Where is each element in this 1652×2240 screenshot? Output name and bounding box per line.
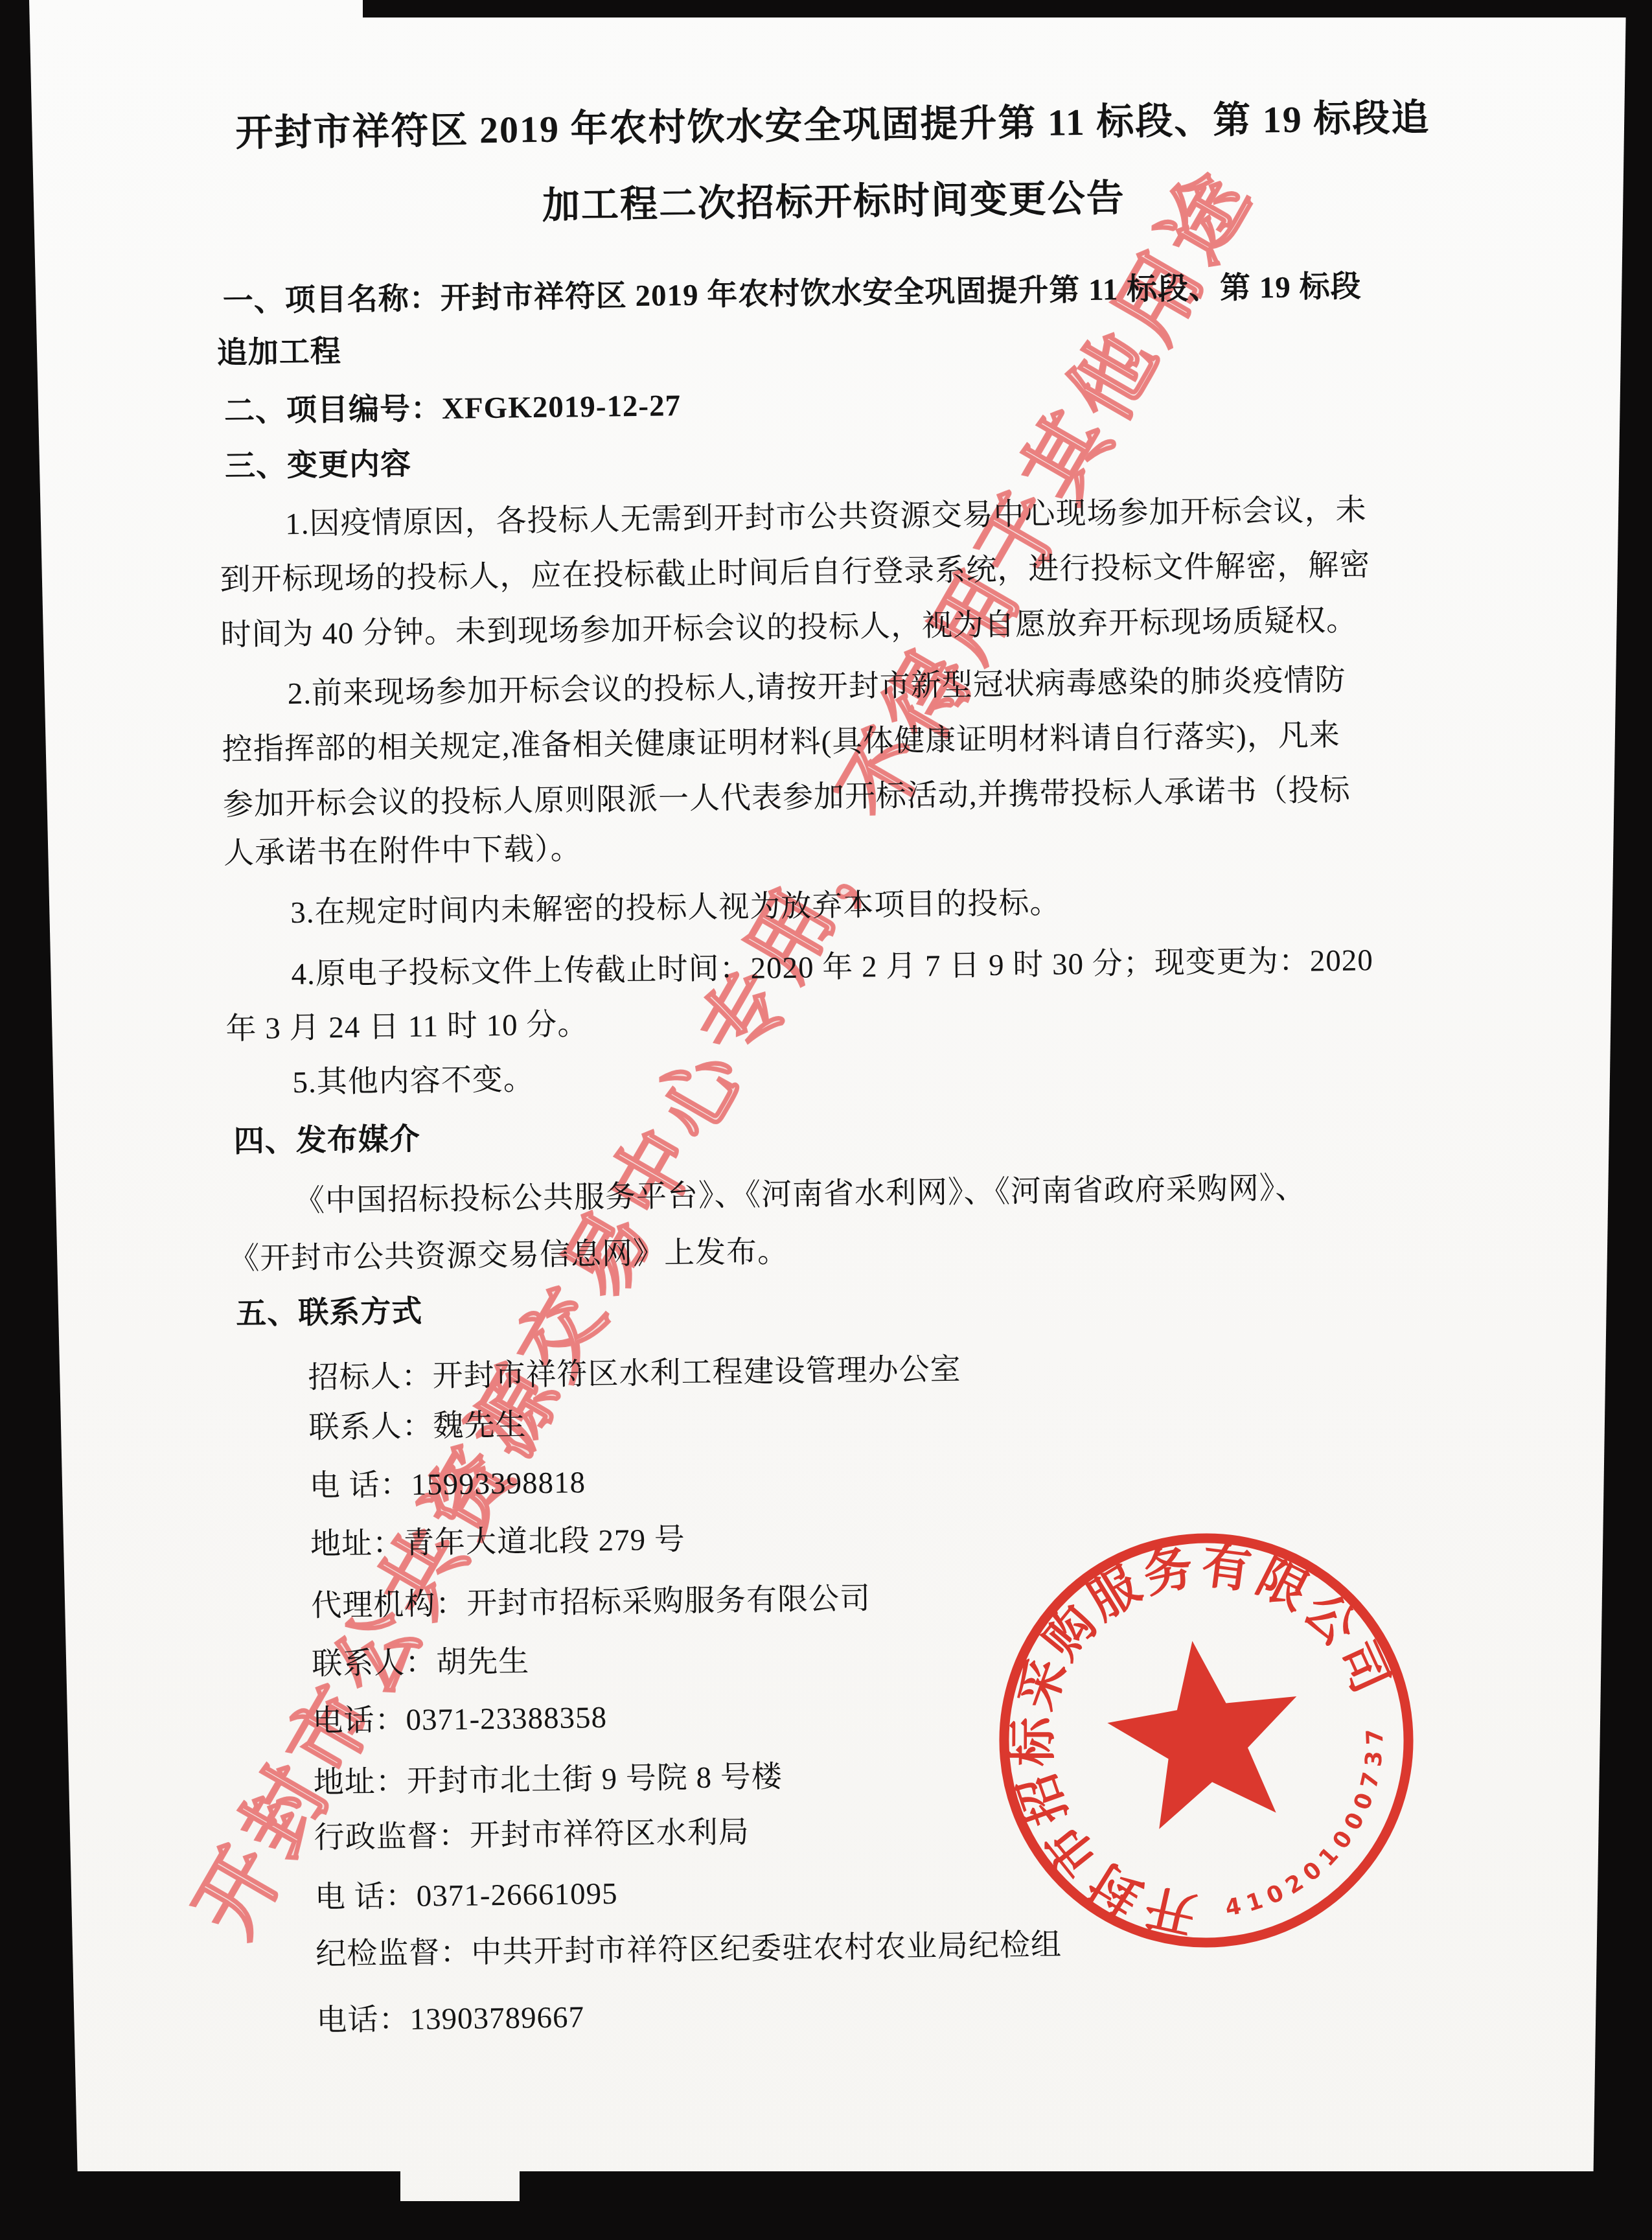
- doc-line: 二、项目编号：XFGK2019-12-27: [224, 381, 682, 430]
- doc-line: 《开封市公共资源交易信息网》上发布。: [229, 1227, 789, 1278]
- doc-line: 电 话：15993398818: [309, 1458, 586, 1505]
- doc-line: 1.因疫情原因，各投标人无需到开封市公共资源交易中心现场参加开标会议，未: [285, 485, 1367, 543]
- doc-line: 招标人：开封市祥符区水利工程建设管理办公室: [308, 1345, 961, 1397]
- document-title-line2: 加工程二次招标开标时间变更公告: [156, 162, 1511, 234]
- doc-line: 控指挥部的相关规定,准备相关健康证明材料(具体健康证明材料请自行落实)，凡来: [222, 711, 1340, 769]
- doc-line: 代理机构：开封市招标采购服务有限公司: [311, 1574, 871, 1624]
- doc-line: 《中国招标投标公共服务平台》、《河南省水利网》、《河南省政府采购网》、: [294, 1164, 1307, 1220]
- doc-line: 行政监督：开封市祥符区水利局: [314, 1808, 750, 1857]
- doc-line: 3.在规定时间内未解密的投标人视为放弃本项目的投标。: [290, 879, 1061, 932]
- seal-star-icon: [1097, 1628, 1312, 1834]
- doc-line: 参加开标会议的投标人原则限派一人代表参加开标活动,并携带投标人承诺书（投标: [223, 766, 1351, 824]
- doc-line: 四、发布媒介: [233, 1114, 420, 1160]
- doc-line: 电话：13903789667: [316, 1992, 584, 2039]
- doc-line: 五、联系方式: [236, 1287, 423, 1333]
- document-title-line1: 开封市祥符区 2019 年农村饮水安全巩固提升第 11 标段、第 19 标段追: [155, 86, 1510, 157]
- company-seal: 开封市招标采购服务有限公司 4102010007371: [990, 1524, 1423, 1957]
- doc-line: 2.前来现场参加开标会议的投标人,请按开封市新型冠状病毒感染的肺炎疫情防: [287, 656, 1346, 713]
- doc-line: 地址：青年大道北段 279 号: [310, 1515, 685, 1564]
- doc-line: 追加工程: [216, 327, 341, 373]
- doc-line: 5.其他内容不变。: [292, 1055, 534, 1102]
- scanned-document-page: 开封市公共资源交易中心专用，不得用于其他用途 开封市祥符区 2019 年农村饮水…: [0, 0, 1652, 2240]
- doc-line: 时间为 40 分钟。未到现场参加开标会议的投标人，视为自愿放弃开标现场质疑权。: [220, 595, 1357, 654]
- doc-line: 一、项目名称：开封市祥符区 2019 年农村饮水安全巩固提升第 11 标段、第 …: [222, 262, 1362, 320]
- doc-line: 电 话：0371-26661095: [315, 1869, 618, 1917]
- doc-line: 三、变更内容: [225, 440, 412, 486]
- doc-line: 纪检监督：中共开封市祥符区纪委驻农村农业局纪检组: [315, 1921, 1062, 1974]
- doc-line: 年 3 月 24 日 11 时 10 分。: [225, 1000, 589, 1048]
- doc-line: 地址：开封市北土街 9 号院 8 号楼: [313, 1752, 783, 1801]
- doc-line: 联系人：胡先生: [312, 1637, 530, 1683]
- document-body: 一、项目名称：开封市祥符区 2019 年农村饮水安全巩固提升第 11 标段、第 …: [0, 0, 1638, 3]
- doc-line: 人承诺书在附件中下载）。: [223, 824, 581, 872]
- doc-line: 联系人：魏先生: [308, 1400, 527, 1446]
- doc-line: 4.原电子投标文件上传截止时间：2020 年 2 月 7 日 9 时 30 分；…: [291, 936, 1373, 993]
- doc-line: 电话：0371-23388358: [312, 1693, 607, 1740]
- doc-line: 到开标现场的投标人，应在投标截止时间后自行登录系统，进行投标文件解密，解密: [220, 540, 1371, 599]
